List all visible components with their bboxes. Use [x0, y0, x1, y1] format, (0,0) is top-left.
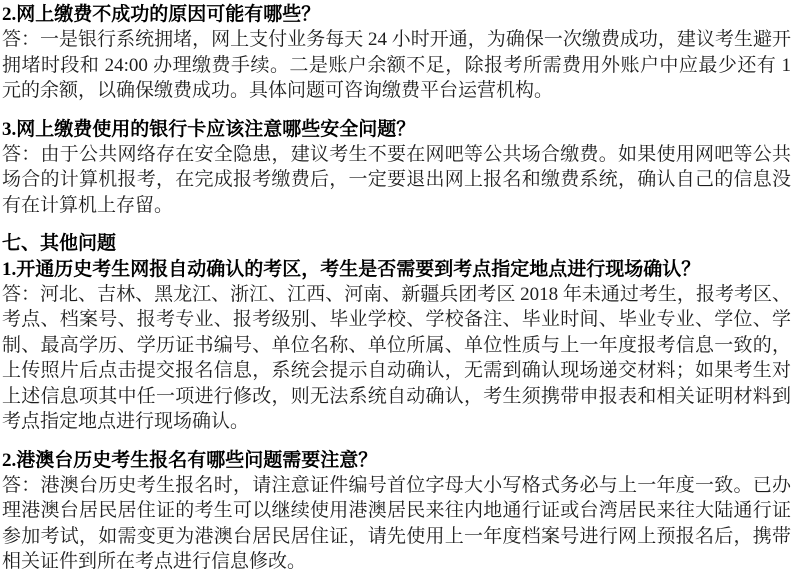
qa-block-bank-card-security: 3.网上缴费使用的银行卡应该注意哪些安全问题？ 答：由于公共网络存在安全隐患，建… [2, 117, 791, 219]
section-title-other-questions: 七、其他问题 [2, 231, 791, 256]
qa-block-hk-macao-taiwan: 2.港澳台历史考生报名有哪些问题需要注意？ 答：港澳台历史考生报名时，请注意证件… [2, 448, 791, 575]
question-hk-macao-taiwan: 2.港澳台历史考生报名有哪些问题需要注意？ [2, 448, 791, 473]
faq-document: 2.网上缴费不成功的原因可能有哪些？ 答：一是银行系统拥堵，网上支付业务每天 2… [0, 0, 793, 579]
qa-block-online-payment-failure: 2.网上缴费不成功的原因可能有哪些？ 答：一是银行系统拥堵，网上支付业务每天 2… [2, 2, 791, 104]
answer-online-payment-failure: 答：一是银行系统拥堵，网上支付业务每天 24 小时开通，为确保一次缴费成功，建议… [2, 27, 791, 103]
question-online-payment-failure: 2.网上缴费不成功的原因可能有哪些？ [2, 2, 791, 27]
answer-auto-confirmation: 答：河北、吉林、黑龙江、浙江、江西、河南、新疆兵团考区 2018 年未通过考生，… [2, 282, 791, 434]
answer-hk-macao-taiwan: 答：港澳台历史考生报名时，请注意证件编号首位字母大小写格式务必与上一年度一致。已… [2, 473, 791, 575]
qa-block-auto-confirmation: 1.开通历史考生网报自动确认的考区，考生是否需要到考点指定地点进行现场确认？ 答… [2, 257, 791, 435]
answer-bank-card-security: 答：由于公共网络存在安全隐患，建议考生不要在网吧等公共场合缴费。如果使用网吧等公… [2, 142, 791, 218]
question-auto-confirmation: 1.开通历史考生网报自动确认的考区，考生是否需要到考点指定地点进行现场确认？ [2, 257, 791, 282]
question-bank-card-security: 3.网上缴费使用的银行卡应该注意哪些安全问题？ [2, 117, 791, 142]
